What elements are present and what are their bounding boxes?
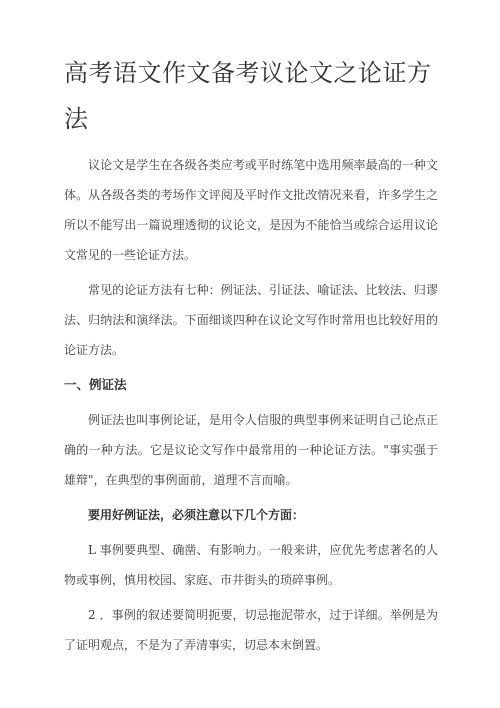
- notes-heading: 要用好例证法，必须注意以下几个方面：: [64, 500, 438, 530]
- document-page: 高考语文作文备考议论文之论证方法 议论文是学生在各级各类应考或平时练笔中选用频率…: [0, 0, 500, 708]
- note-item-2: 2 ．事例的叙述要简明扼要，切忌拖泥带水，过于详细。举例是为了证明观点，不是为了…: [64, 600, 438, 660]
- intro-paragraph: 议论文是学生在各级各类应考或平时练笔中选用频率最高的一种文体。从各级各类的考场作…: [64, 150, 438, 270]
- section-heading-example-method: 一、例证法: [64, 370, 438, 400]
- note-item-1: L 事例要典型、确凿、有影响力。一般来讲，应优先考虑著名的人物或事例，慎用校园、…: [64, 535, 438, 595]
- example-method-definition-paragraph: 例证法也叫事例论证，是用令人信服的典型事例来证明自己论点正确的一种方法。它是议论…: [64, 405, 438, 495]
- methods-overview-paragraph: 常见的论证方法有七种：例证法、引证法、喻证法、比较法、归谬法、归纳法和演绎法。下…: [64, 275, 438, 365]
- document-title: 高考语文作文备考议论文之论证方法: [64, 50, 438, 142]
